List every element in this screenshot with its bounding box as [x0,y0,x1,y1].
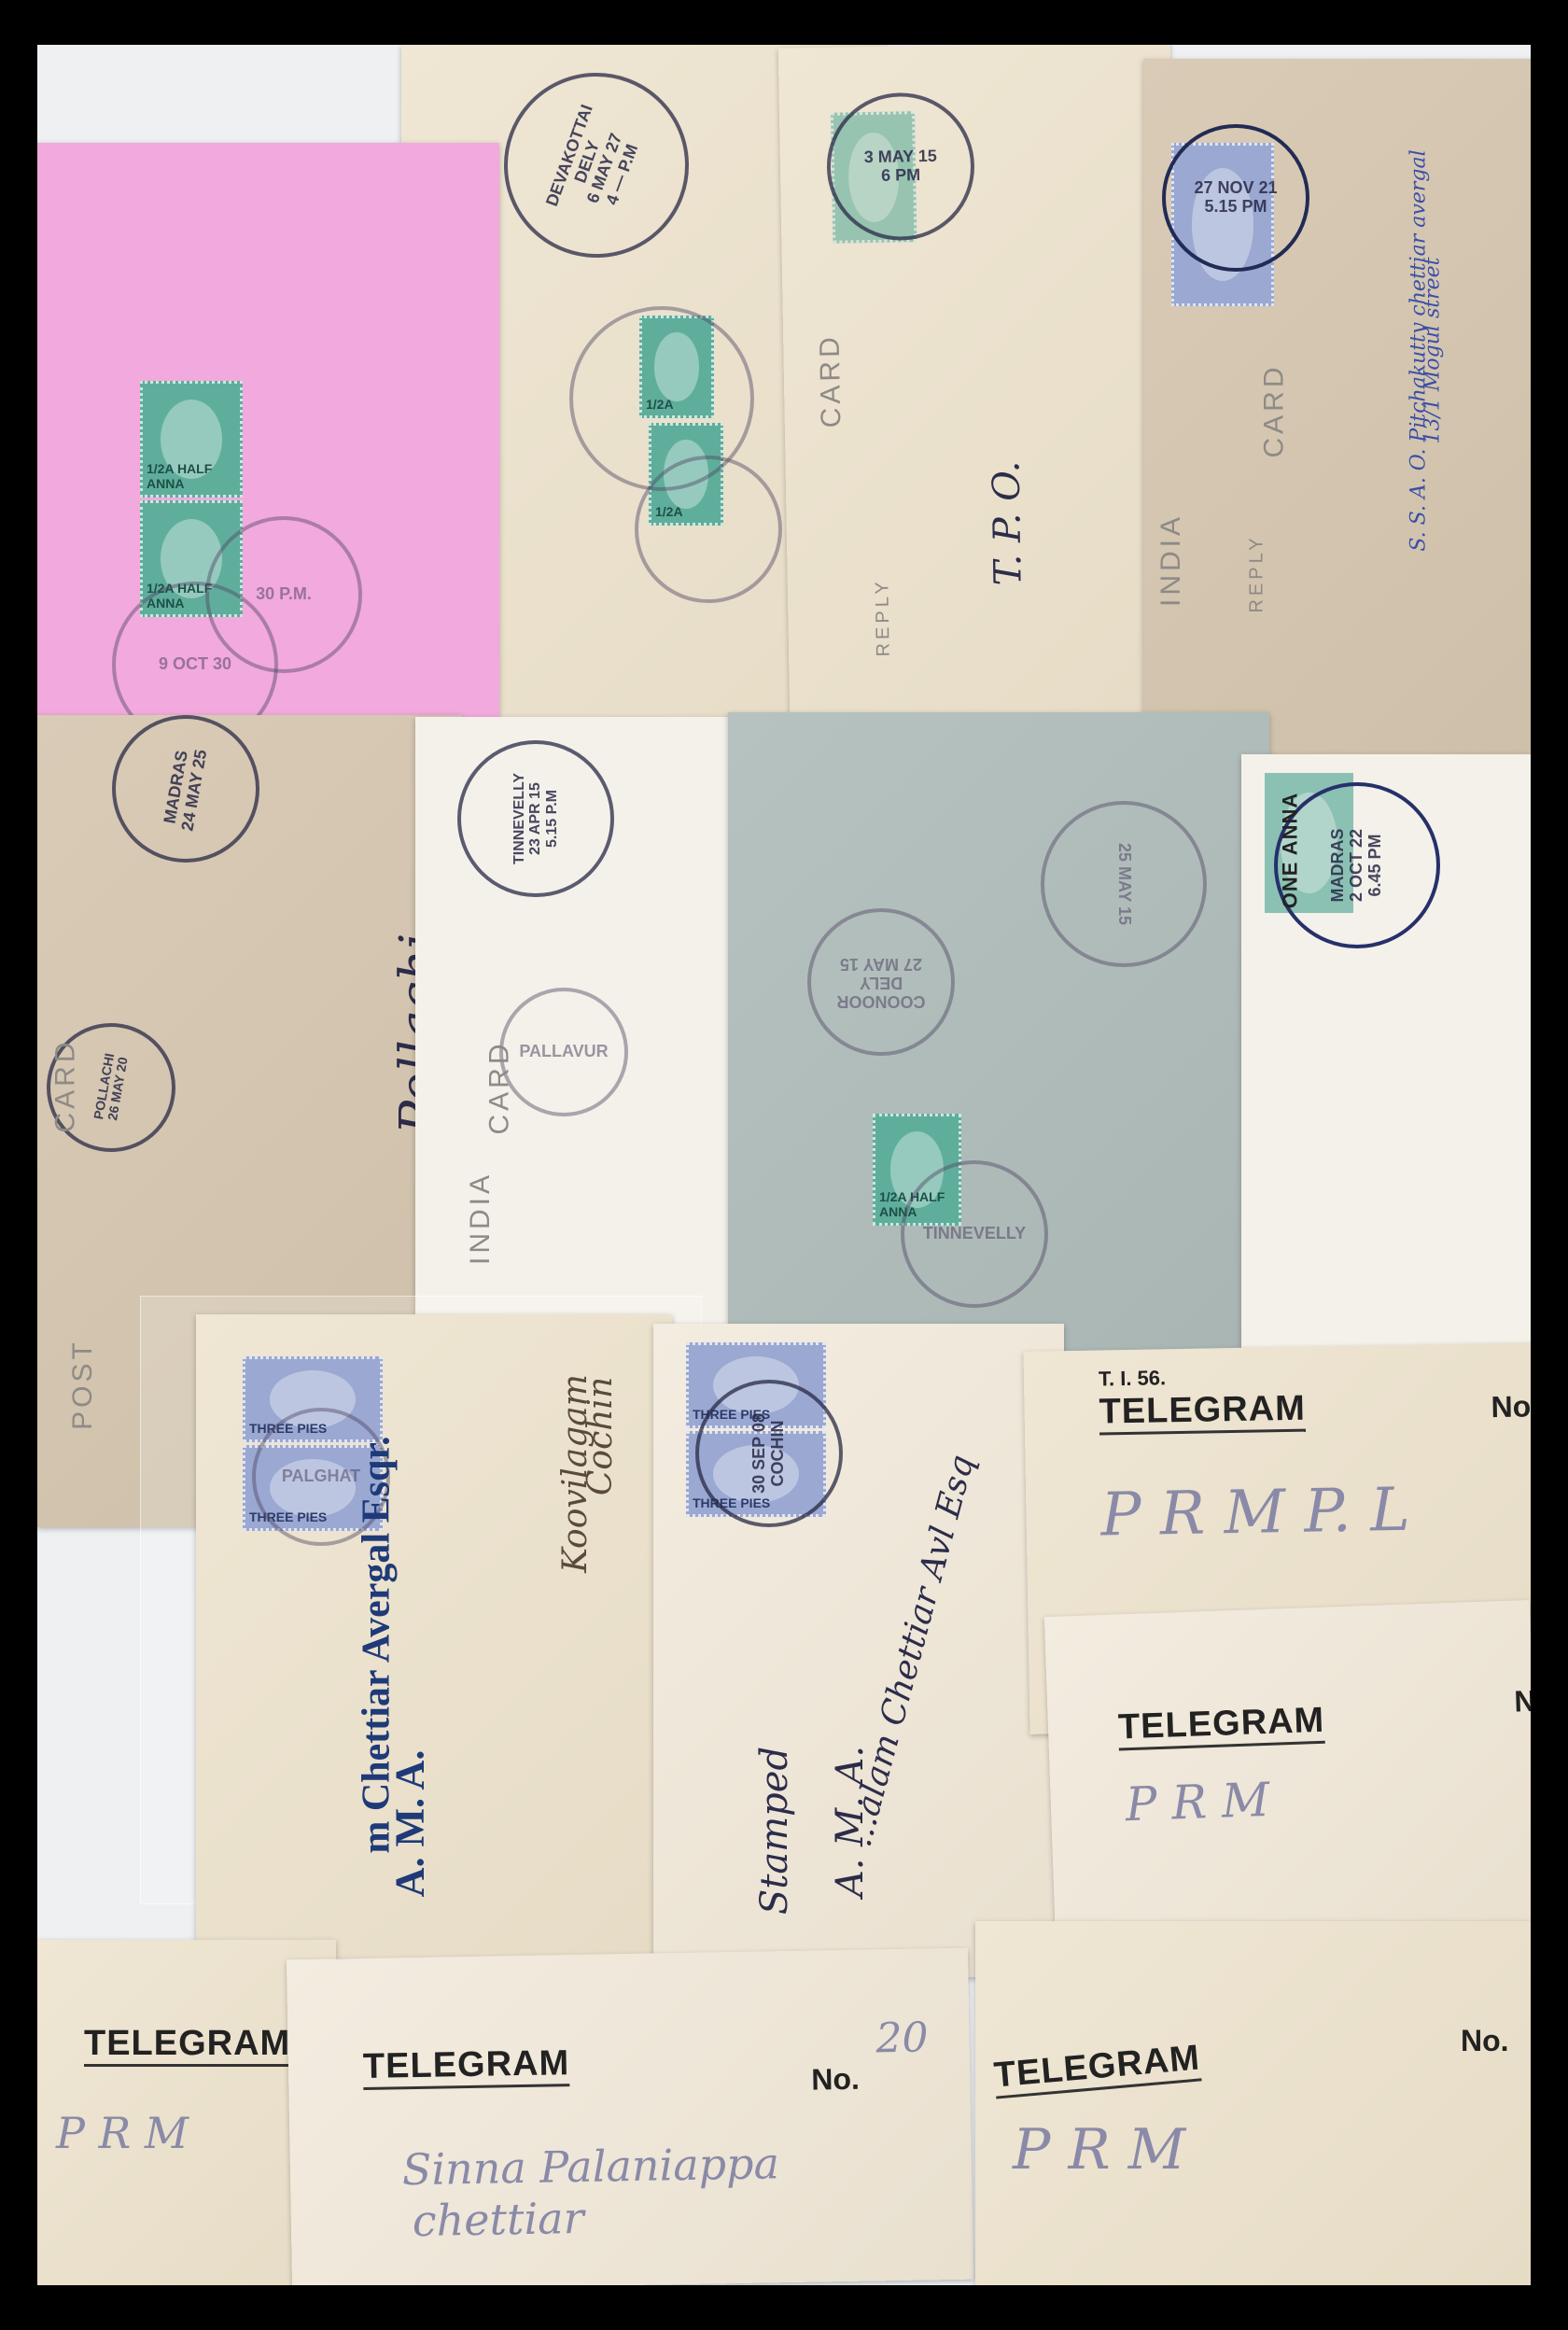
card-printed-label: CARD [815,333,848,428]
postmark-date: 2 OCT 22 [1348,829,1366,902]
telegram-envelope-4: TELEGRAM No. 20 Sinna Palaniappa chettia… [287,1948,973,2285]
postmark-line: DELY [860,973,903,991]
telegram-envelope-5: TELEGRAM No. P R M [975,1921,1531,2285]
postmark-town: PALLAVUR [519,1043,608,1061]
telegram-envelope-2: TELEGRAM No P R M [1044,1600,1531,1953]
postmark-time: 6 PM [881,166,920,186]
telegram-number-label: No. [811,2062,860,2098]
postmark-date: 27 MAY 15 [840,954,922,973]
reply-card-2: 27 NOV 21 5.15 PM INDIA CARD REPLY S. S.… [1143,59,1531,787]
telegram-number-label: No. [1491,1389,1531,1425]
telegram-handwriting: P R M [1125,1773,1270,1832]
card-label: CARD [50,1038,82,1132]
postmark-date: 27 NOV 21 [1194,179,1277,198]
postmark-date: 25 MAY 15 [1114,843,1133,925]
devakottai-postmark: DEVAKOTTAI DELY 6 MAY 27 4 — P.M [478,47,715,284]
postmark-date: 3 MAY 15 [864,147,937,167]
madras-postmark: MADRAS 24 MAY 25 [100,715,271,875]
card-label: CARD [1259,363,1291,457]
postmark-text: 30 P.M. [256,585,312,604]
telegram-handwriting: P R M [56,2108,189,2158]
cover-postmark: 25 MAY 15 [1041,801,1207,967]
telegram-number-value: 20 [875,2014,929,2062]
form-number: T. I. 56. [1099,1366,1167,1391]
postmark-time: 5.15 PM [1204,198,1267,217]
telegram-title: TELEGRAM [1099,1389,1306,1436]
one-anna-card: MADRAS 2 OCT 22 6.45 PM ONE ANNA [1241,754,1531,1408]
postmark-date: 30 SEP 08 [750,1413,769,1494]
telegram-handwriting: P R M P. L [1100,1476,1410,1551]
card-label: CARD [484,1040,516,1134]
grey-cover: 25 MAY 15 COONOOR DELY 27 MAY 15 1/2A HA… [728,712,1269,1389]
telegram-handwriting: Sinna Palaniappa [401,2138,779,2195]
postmark-town: COCHIN [769,1421,788,1487]
postmark-text: 9 OCT 30 [159,655,231,674]
india-label: INDIA [1155,513,1187,607]
telegram-title: TELEGRAM [84,2024,290,2067]
stamped-cover: THREE PIES THREE PIES 30 SEP 08 COCHIN S… [653,1324,1064,1977]
address-handwriting: ...alam Chettiar Avl Esq [841,1451,983,1850]
telegram-handwriting: P R M [1013,2117,1185,2183]
cancel-postmark [635,456,782,603]
tinnevelly-postmark: TINNEVELLY 23 APR 15 5.15 P.M [457,740,614,897]
one-anna-label: ONE ANNA [1278,793,1302,909]
stamp-value: 1/2A HALF ANNA [147,461,240,491]
post-label: POST [67,1339,99,1430]
tinnevelly-card: TINNEVELLY 23 APR 15 5.15 P.M PALLAVUR I… [415,717,751,1342]
cochin-postmark: 30 SEP 08 COCHIN [695,1380,843,1527]
postmark-town: TINNEVELLY [511,773,528,864]
telegram-title: TELEGRAM [363,2043,570,2090]
card-postmark: 3 MAY 15 6 PM [826,91,976,242]
reply-label: REPLY [872,578,894,656]
card-handwriting: T. P. O. [985,460,1029,585]
postmark-town: TINNEVELLY [923,1225,1026,1243]
india-label: INDIA [465,1172,497,1265]
postmark-time: 5.15 P.M [544,790,561,848]
coonoor-postmark: COONOOR DELY 27 MAY 15 [807,908,955,1056]
postmark-town: MADRAS [1329,829,1348,903]
reply-label: REPLY [1247,534,1268,612]
postmark-date: 23 APR 15 [527,782,544,855]
postmark-town: COONOOR [837,991,926,1010]
reply-card-1: 3 MAY 15 6 PM CARD REPLY T. P. O. [778,45,1183,721]
photo-canvas: DEVAKOTTAI DELY 6 MAY 27 4 — P.M 1/2A 1/… [37,45,1531,2285]
address-line: 13/1 Mogul street [1421,258,1444,444]
tinnevelly-postmark: TINNEVELLY [901,1160,1048,1308]
telegram-number-label: No. [1461,2024,1509,2058]
telegram-title: TELEGRAM [992,2038,1201,2098]
postmark-town: PALGHAT [282,1467,360,1486]
telegram-number-label: No [1514,1683,1531,1719]
telegram-title: TELEGRAM [1117,1701,1325,1751]
cover-postmark: 9 OCT 30 [112,582,278,736]
addressee-name: m Chettiar Avergal Esqr. [355,1436,399,1853]
stamped-handwriting: Stamped [753,1747,796,1915]
telegram-handwriting: chettiar [412,2193,584,2246]
address-handwriting: Cochin [581,1377,620,1495]
half-anna-stamp: 1/2A HALF ANNA [140,381,243,498]
postmark-time: 6.45 PM [1366,834,1385,896]
card-postmark: 27 NOV 21 5.15 PM [1162,124,1309,272]
pallavur-postmark: PALLAVUR [499,988,628,1116]
chettiar-cover: THREE PIES THREE PIES PALGHAT A. M. A. m… [196,1314,672,1958]
pink-cover: 1/2A HALF ANNA 1/2A HALF ANNA 30 P.M. 9 … [37,143,499,736]
